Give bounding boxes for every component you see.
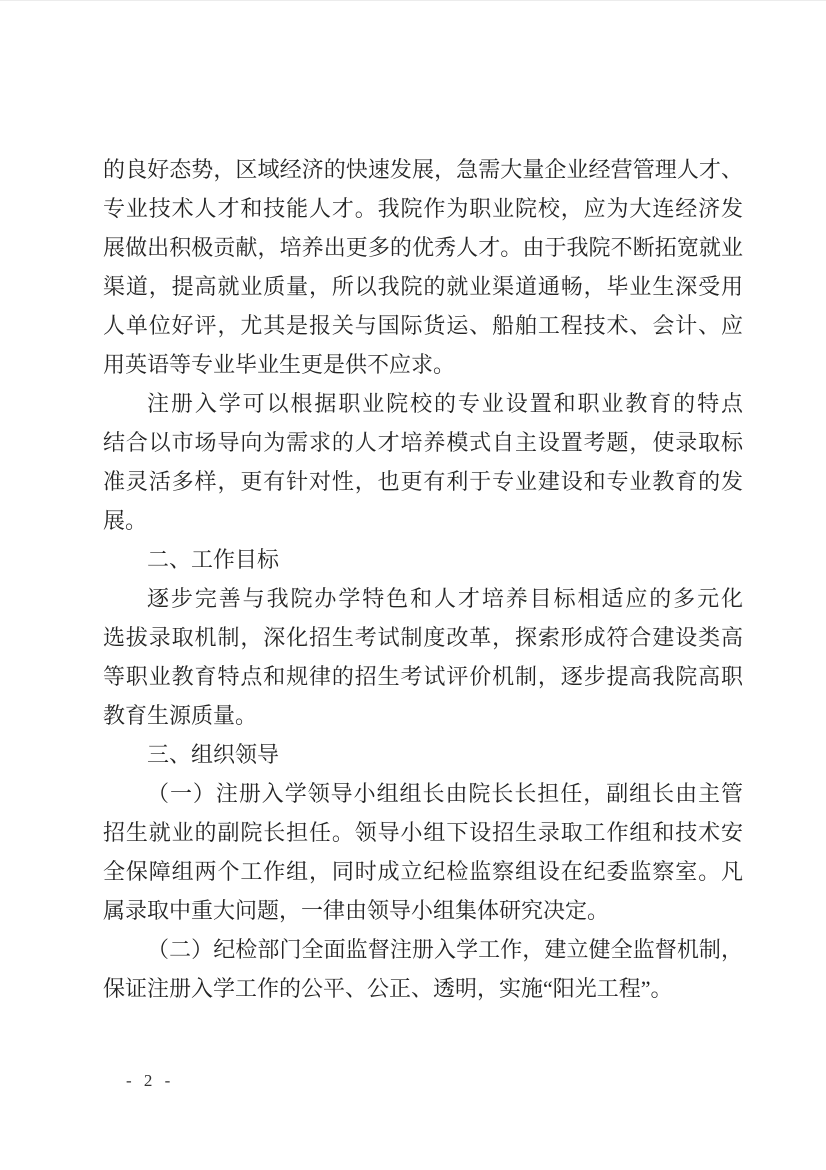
text-line: 展。 (103, 501, 743, 540)
text-line: 属录取中重大问题，一律由领导小组集体研究决定。 (103, 891, 743, 930)
document-page: 的良好态势，区域经济的快速发展，急需大量企业经营管理人才、专业技术人才和技能人才… (0, 0, 826, 1170)
section-heading: 二、工作目标 (103, 540, 743, 579)
text-line: 人单位好评，尤其是报关与国际货运、船舶工程技术、会计、应 (103, 306, 743, 345)
text-line: 选拔录取机制，深化招生考试制度改革，探索形成符合建设类高 (103, 618, 743, 657)
text-line: 教育生源质量。 (103, 696, 743, 735)
text-line: 注册入学可以根据职业院校的专业设置和职业教育的特点 (103, 384, 743, 423)
text-line: 结合以市场导向为需求的人才培养模式自主设置考题，使录取标 (103, 423, 743, 462)
text-line: 招生就业的副院长担任。领导小组下设招生录取工作组和技术安 (103, 813, 743, 852)
text-line: 展做出积极贡献，培养出更多的优秀人才。由于我院不断拓宽就业 (103, 228, 743, 267)
text-line: （一）注册入学领导小组组长由院长长担任，副组长由主管 (103, 774, 743, 813)
text-line: 的良好态势，区域经济的快速发展，急需大量企业经营管理人才、 (103, 150, 743, 189)
text-line: 全保障组两个工作组，同时成立纪检监察组设在纪委监察室。凡 (103, 852, 743, 891)
page-number: - 2 - (126, 1071, 174, 1091)
text-line: 专业技术人才和技能人才。我院作为职业院校，应为大连经济发 (103, 189, 743, 228)
text-line: 保证注册入学工作的公平、公正、透明，实施“阳光工程”。 (103, 969, 743, 1008)
text-line: 逐步完善与我院办学特色和人才培养目标相适应的多元化 (103, 579, 743, 618)
document-body: 的良好态势，区域经济的快速发展，急需大量企业经营管理人才、专业技术人才和技能人才… (103, 150, 743, 1008)
text-line: 等职业教育特点和规律的招生考试评价机制，逐步提高我院高职 (103, 657, 743, 696)
text-line: （二）纪检部门全面监督注册入学工作，建立健全监督机制， (103, 930, 743, 969)
text-line: 准灵活多样，更有针对性，也更有利于专业建设和专业教育的发 (103, 462, 743, 501)
section-heading: 三、组织领导 (103, 735, 743, 774)
text-line: 用英语等专业毕业生更是供不应求。 (103, 345, 743, 384)
text-line: 渠道，提高就业质量，所以我院的就业渠道通畅，毕业生深受用 (103, 267, 743, 306)
